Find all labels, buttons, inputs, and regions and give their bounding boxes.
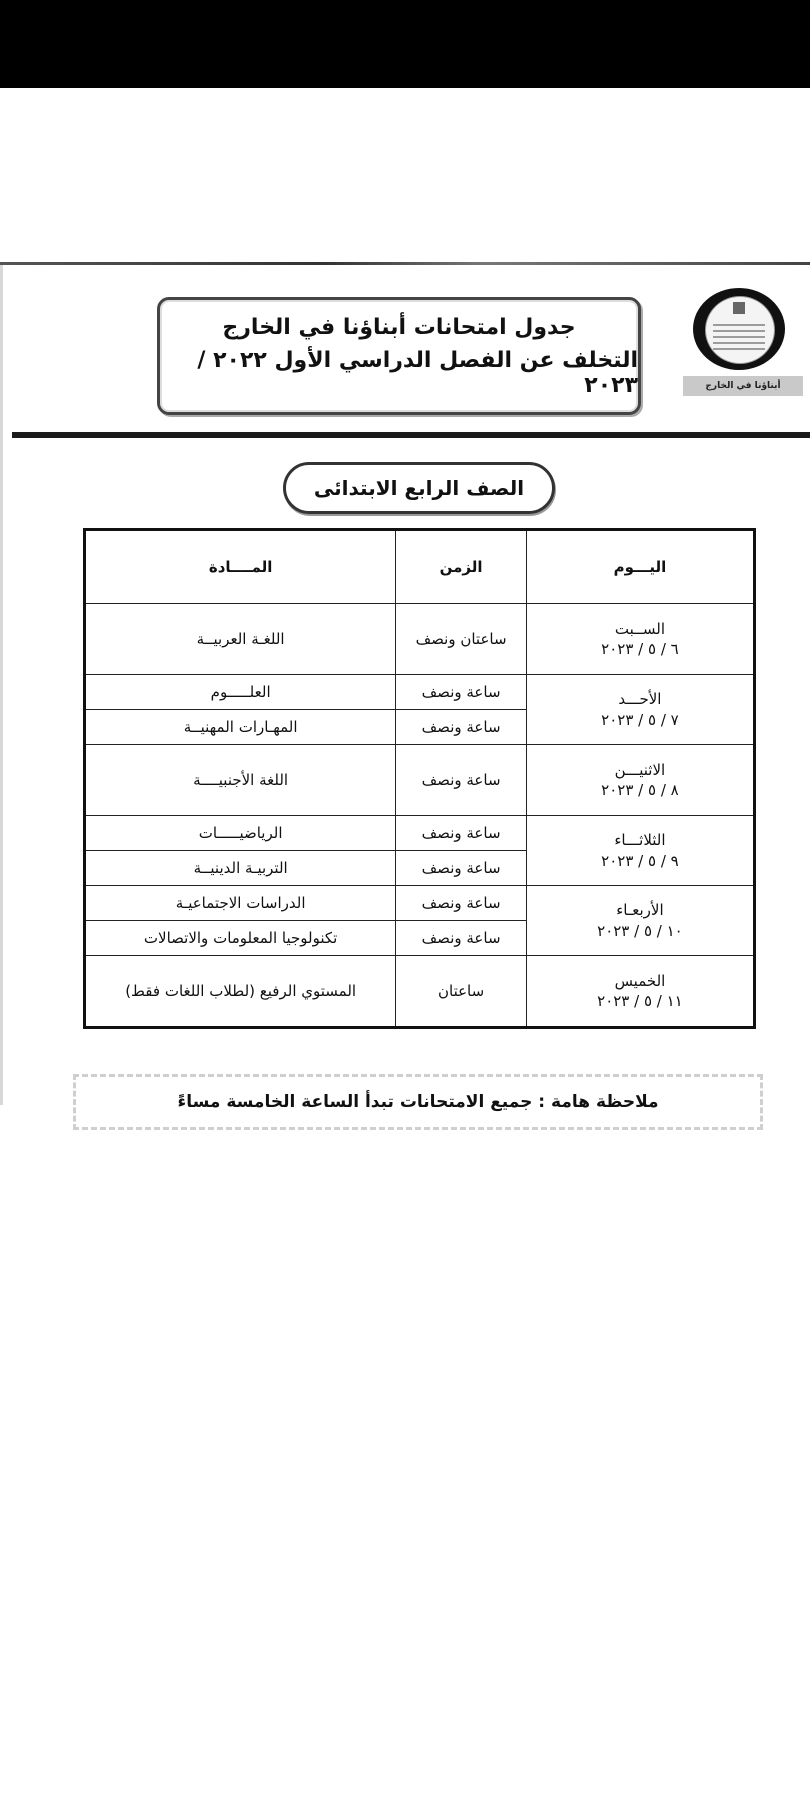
day-date: ١٠ / ٥ / ٢٠٢٣ [527, 921, 753, 941]
day-cell: الســبت ٦ / ٥ / ٢٠٢٣ [526, 604, 754, 675]
ministry-logo: أبناؤنا في الخارج [683, 288, 803, 408]
time-cell: ساعة ونصف [396, 921, 527, 956]
day-date: ٧ / ٥ / ٢٠٢٣ [527, 710, 753, 730]
day-cell: الأربعـاء ١٠ / ٥ / ٢٠٢٣ [526, 886, 754, 956]
day-date: ٨ / ٥ / ٢٠٢٣ [527, 780, 753, 800]
important-note: ملاحظة هامة : جميع الامتحانات تبدأ الساع… [73, 1074, 763, 1130]
time-cell: ساعتان [396, 956, 527, 1028]
table-row: الاثنيـــن ٨ / ٥ / ٢٠٢٣ ساعة ونصف اللغة … [85, 745, 755, 816]
time-cell: ساعتان ونصف [396, 604, 527, 675]
subject-cell: التربيـة الدينيــة [85, 851, 396, 886]
time-cell: ساعة ونصف [396, 816, 527, 851]
subject-cell: المستوي الرفيع (لطلاب اللغات فقط) [85, 956, 396, 1028]
subject-cell: اللغة الأجنبيــــة [85, 745, 396, 816]
subject-cell: الرياضيـــــات [85, 816, 396, 851]
day-name: الســبت [527, 619, 753, 639]
page-edge [0, 265, 3, 1105]
subject-cell: تكنولوجيا المعلومات والاتصالات [85, 921, 396, 956]
header-divider [12, 432, 810, 438]
day-date: ٩ / ٥ / ٢٠٢٣ [527, 851, 753, 871]
time-cell: ساعة ونصف [396, 745, 527, 816]
table-row: الســبت ٦ / ٥ / ٢٠٢٣ ساعتان ونصف اللغـة … [85, 604, 755, 675]
table-row: الأربعـاء ١٠ / ٥ / ٢٠٢٣ ساعة ونصف الدراس… [85, 886, 755, 921]
logo-label: أبناؤنا في الخارج [683, 376, 803, 396]
subject-cell: اللغـة العربيــة [85, 604, 396, 675]
title-box: جدول امتحانات أبناؤنا في الخارج التخلف ع… [157, 297, 641, 415]
status-bar [0, 0, 810, 88]
day-name: الاثنيـــن [527, 760, 753, 780]
subject-cell: الدراسات الاجتماعيـة [85, 886, 396, 921]
grade-label: الصف الرابع الابتدائى [283, 462, 555, 514]
table-header-row: اليـــوم الزمن المــــادة [85, 530, 755, 604]
day-cell: الثلاثـــاء ٩ / ٥ / ٢٠٢٣ [526, 816, 754, 886]
title-line-2: التخلف عن الفصل الدراسي الأول ٢٠٢٢ / ٢٠٢… [160, 348, 638, 398]
day-cell: الأحـــد ٧ / ٥ / ٢٠٢٣ [526, 675, 754, 745]
subject-cell: العلـــــوم [85, 675, 396, 710]
table-row: الخميس ١١ / ٥ / ٢٠٢٣ ساعتان المستوي الرف… [85, 956, 755, 1028]
header-day: اليـــوم [526, 530, 754, 604]
day-date: ٦ / ٥ / ٢٠٢٣ [527, 639, 753, 659]
eagle-emblem-icon [733, 302, 745, 314]
header-time: الزمن [396, 530, 527, 604]
time-cell: ساعة ونصف [396, 675, 527, 710]
time-cell: ساعة ونصف [396, 710, 527, 745]
day-date: ١١ / ٥ / ٢٠٢٣ [527, 991, 753, 1011]
subject-cell: المهـارات المهنيــة [85, 710, 396, 745]
time-cell: ساعة ونصف [396, 851, 527, 886]
time-cell: ساعة ونصف [396, 886, 527, 921]
day-name: الثلاثـــاء [527, 830, 753, 850]
day-cell: الاثنيـــن ٨ / ٥ / ٢٠٢٣ [526, 745, 754, 816]
top-rule [0, 262, 810, 265]
header-subject: المــــادة [85, 530, 396, 604]
logo-calligraphy [713, 320, 765, 350]
table-row: الثلاثـــاء ٩ / ٥ / ٢٠٢٣ ساعة ونصف الريا… [85, 816, 755, 851]
title-line-1: جدول امتحانات أبناؤنا في الخارج [222, 315, 575, 340]
day-name: الأحـــد [527, 689, 753, 709]
day-name: الخميس [527, 971, 753, 991]
exam-schedule-table: اليـــوم الزمن المــــادة الســبت ٦ / ٥ … [83, 528, 756, 1029]
day-cell: الخميس ١١ / ٥ / ٢٠٢٣ [526, 956, 754, 1028]
table-row: الأحـــد ٧ / ٥ / ٢٠٢٣ ساعة ونصف العلــــ… [85, 675, 755, 710]
day-name: الأربعـاء [527, 900, 753, 920]
